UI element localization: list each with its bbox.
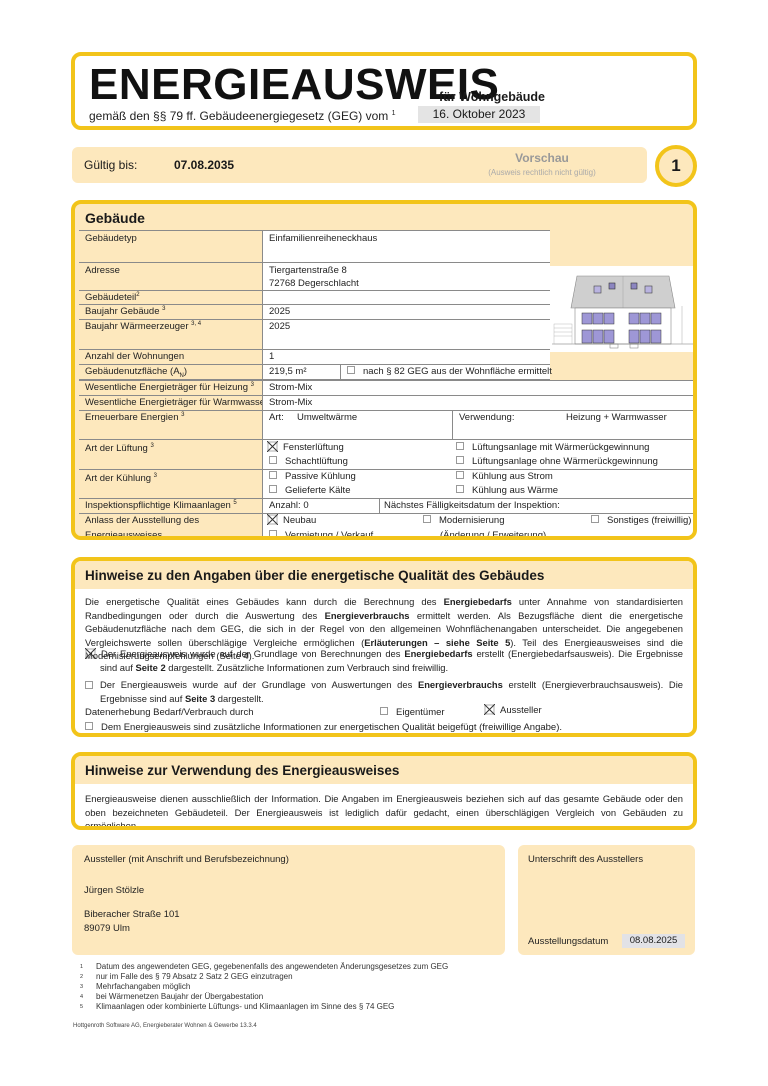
usage-text: Energieausweise dienen ausschließlich de… [85, 792, 683, 830]
certificate-header: ENERGIEAUSWEIS für Wohngebäude gemäß den… [71, 52, 697, 130]
address-line2: 72768 Degerschlacht [269, 278, 359, 289]
valid-until-date: 07.08.2035 [174, 158, 234, 172]
issuer-label: Aussteller (mit Anschrift und Berufsbeze… [84, 854, 289, 865]
row-cooling: Art der Kühlung 3 Passive Kühlung Kühlun… [79, 469, 697, 498]
reason-new-building-checkbox[interactable] [267, 514, 278, 525]
collection-issuer-checkbox[interactable] [484, 704, 495, 715]
building-type-value: Einfamilienreiheneckhaus [269, 233, 377, 244]
section-title-usage: Hinweise zur Verwendung des Energieauswe… [85, 763, 399, 778]
cooling-electric-checkbox[interactable] [456, 471, 464, 479]
ventilation-window-checkbox[interactable] [267, 441, 278, 452]
building-section: Gebäude Gebäudetyp Einfamilienreiheneckh… [71, 200, 697, 540]
preview-label: Vorschau [472, 151, 612, 165]
document-subtitle: für Wohngebäude [439, 90, 545, 104]
ac-next-inspection-label: Nächstes Fälligkeitsdatum der Inspektion… [384, 500, 560, 511]
footnote: 5Klimaanlagen oder kombinierte Lüftungs-… [80, 1002, 448, 1012]
carrier-water-value: Strom-Mix [269, 397, 312, 408]
row-issue-reason: Anlass der Ausstellung des Energieauswei… [79, 513, 697, 540]
ventilation-shaft-checkbox[interactable] [269, 456, 277, 464]
software-credit: Hottgenroth Software AG, Energieberater … [73, 1023, 257, 1029]
issuer-street: Biberacher Straße 101 [84, 909, 180, 920]
row-carrier-water: Wesentliche Energieträger für Warmwasser… [79, 395, 697, 410]
footnote: 4bei Wärmenetzen Baujahr der Übergabesta… [80, 992, 448, 1002]
area-from-living-space-checkbox[interactable] [347, 366, 355, 374]
preview-note: (Ausweis rechtlich nicht gültig) [467, 168, 617, 177]
row-address: Adresse Tiergartenstraße 8 72768 Degersc… [79, 262, 550, 290]
address-line1: Tiergartenstraße 8 [269, 265, 347, 276]
law-date-field: 16. Oktober 2023 [418, 106, 540, 123]
collection-owner-checkbox[interactable] [380, 707, 388, 715]
reason-modernization-checkbox[interactable] [423, 515, 431, 523]
section-title-hints: Hinweise zu den Angaben über die energet… [85, 568, 544, 583]
consumption-certificate-checkbox[interactable] [85, 681, 93, 689]
data-collection-label: Datenerhebung Bedarf/Verbrauch durch [85, 707, 253, 718]
issue-date-field: 08.08.2025 [622, 934, 685, 948]
row-units: Anzahl der Wohnungen 1 [79, 349, 550, 364]
usable-area-value: 219,5 m² [269, 366, 307, 377]
modernization-note: (Änderung / Erweiterung) [440, 530, 546, 540]
cooling-passive-checkbox[interactable] [269, 471, 277, 479]
row-building-type: Gebäudetyp Einfamilienreiheneckhaus [79, 230, 550, 262]
renewables-use-value: Heizung + Warmwasser [566, 412, 667, 423]
ventilation-no-recovery-checkbox[interactable] [456, 456, 464, 464]
year-building-value: 2025 [269, 306, 290, 317]
reason-rent-sale-checkbox[interactable] [269, 530, 277, 538]
row-building-part: Gebäudeteil2 [79, 290, 550, 304]
valid-until-label: Gültig bis: [84, 158, 137, 172]
row-ac-inspection: Inspektionspflichtige Klimaanlagen 5 Anz… [79, 498, 697, 513]
ventilation-heat-recovery-checkbox[interactable] [456, 442, 464, 450]
issuer-name: Jürgen Stölzle [84, 885, 144, 896]
signature-label: Unterschrift des Ausstellers [528, 854, 643, 865]
carrier-heating-value: Strom-Mix [269, 382, 312, 393]
validity-bar: Gültig bis: 07.08.2035 Vorschau (Ausweis… [72, 147, 647, 183]
footnote: 3Mehrfachangaben möglich [80, 982, 448, 992]
issue-date-label: Ausstellungsdatum [528, 936, 608, 947]
footnote: 1Datum des angewendeten GEG, gegebenenfa… [80, 962, 448, 972]
additional-info-checkbox[interactable] [85, 722, 93, 730]
reason-other-checkbox[interactable] [591, 515, 599, 523]
building-elevation-image [550, 266, 696, 352]
usage-hints-section: Hinweise zur Verwendung des Energieauswe… [71, 752, 697, 830]
issuer-box: Aussteller (mit Anschrift und Berufsbeze… [72, 845, 505, 955]
page-number-badge: 1 [655, 145, 697, 187]
footnotes: 1Datum des angewendeten GEG, gegebenenfa… [80, 962, 448, 1012]
demand-certificate-checkbox[interactable] [85, 648, 96, 659]
signature-box: Unterschrift des Ausstellers Ausstellung… [518, 845, 695, 955]
units-value: 1 [269, 351, 274, 362]
row-ventilation: Art der Lüftung 3 Fensterlüftung Lüftung… [79, 439, 697, 469]
issuer-city: 89079 Ulm [84, 923, 130, 934]
year-heater-value: 2025 [269, 321, 290, 332]
cooling-heat-checkbox[interactable] [456, 485, 464, 493]
footnote: 2nur im Falle des § 79 Absatz 2 Satz 2 G… [80, 972, 448, 982]
cooling-delivered-checkbox[interactable] [269, 485, 277, 493]
row-usable-area: Gebäudenutzfläche (AN) 219,5 m² nach § 8… [79, 364, 550, 380]
renewables-type-value: Umweltwärme [297, 412, 357, 423]
row-carrier-heating: Wesentliche Energieträger für Heizung 3 … [79, 380, 697, 395]
law-reference: gemäß den §§ 79 ff. Gebäudeenergiegesetz… [89, 109, 396, 123]
row-renewables: Erneuerbare Energien 3 Art: Umweltwärme … [79, 410, 697, 439]
demand-option: Der Energieausweis wurde auf der Grundla… [85, 647, 683, 674]
consumption-option: Der Energieausweis wurde auf der Grundla… [85, 678, 683, 705]
document-title: ENERGIEAUSWEIS [89, 60, 499, 110]
row-year-building: Baujahr Gebäude 3 2025 [79, 304, 550, 319]
ac-count-value: Anzahl: 0 [269, 500, 309, 511]
section-title-building: Gebäude [85, 210, 145, 226]
quality-hints-section: Hinweise zu den Angaben über die energet… [71, 557, 697, 737]
row-year-heater: Baujahr Wärmeerzeuger 3, 4 2025 [79, 319, 550, 349]
